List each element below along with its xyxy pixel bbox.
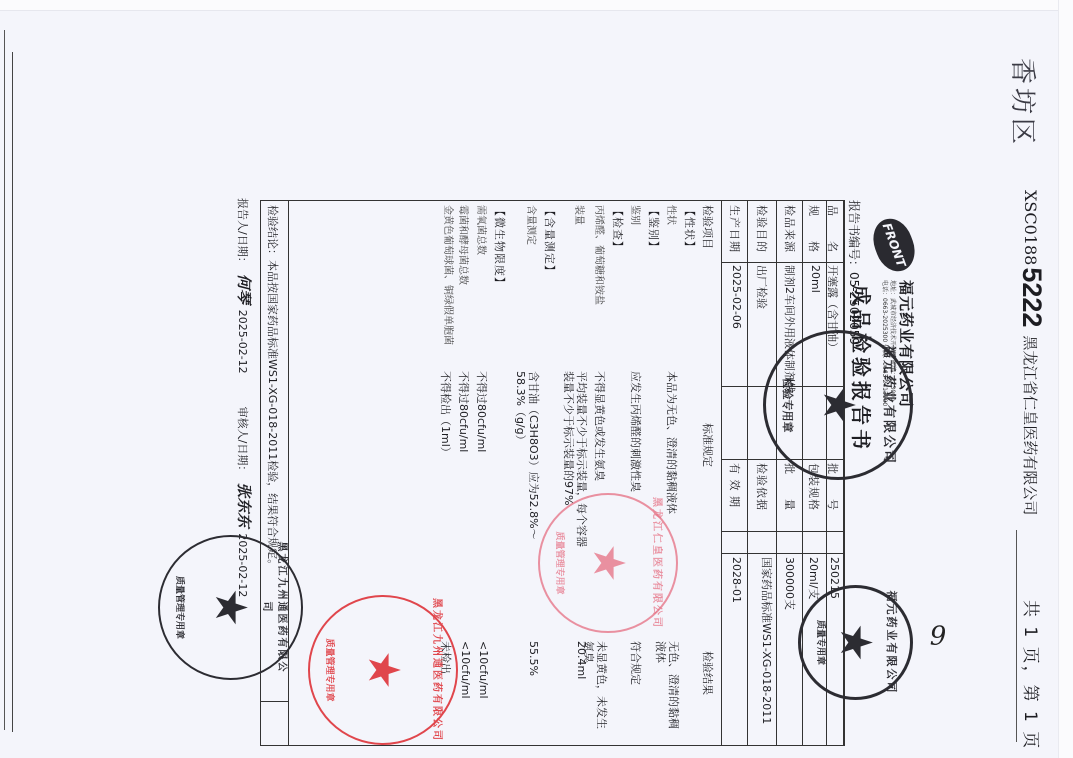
handwritten-note: 9 [930,621,947,651]
info-value: 20ml [809,265,822,293]
results-section-heading: 【鉴别】 [646,205,662,253]
result-value: 55.5% [527,641,540,676]
result-standard: 不得显黄色或发生氨臭 [592,371,608,481]
result-value: 无色、澄清的黏稠液体 [654,641,680,737]
info-value: 2025-02-06 [730,265,743,329]
results-section-heading: 【检查】 [610,205,626,253]
front-logo-icon: FRONT [867,213,921,277]
star-icon: ★ [586,543,630,582]
page-info: 共 1 页，第 1 页 [1020,600,1045,750]
reporter-signature: 何琴 [235,274,253,304]
results-header-item: 检验项目 [700,205,716,249]
results-header-standard: 标准规定 [700,423,716,467]
info-value: 2028-01 [730,557,743,603]
result-value: 符合规定 [628,641,644,685]
result-item: 金黄色葡萄球菌、铜绿假单胞菌 [441,205,454,355]
recipient-company: 黑龙江省仁皇医药有限公司 [1021,335,1039,515]
district-label: 香坊区 [1006,58,1043,148]
results-section-heading: 【性状】 [682,205,698,253]
inspection-report-page: 香坊区 XSC01885222黑龙江省仁皇医药有限公司 共 1 页，第 1 页 … [0,0,1073,758]
reporter-date: 2025-02-12 [236,310,249,374]
recipient-pink-stamp: 黑龙江仁皇医药有限公司 ★ 质量管理专用章 [538,493,678,633]
header-rule [1016,530,1017,742]
info-value: 300000支 [782,557,798,610]
result-standard: 本品为无色、澄清的黏稠液体 [664,371,680,514]
result-item: 鉴别 [629,205,644,225]
star-icon: ★ [834,623,878,662]
star-icon: ★ [361,650,405,689]
result-item: 霉菌和酵母菌总数 [457,205,472,285]
result-item: 需氧菌总数 [475,205,490,255]
info-label: 有 效 期 [727,463,743,508]
results-section-heading: 【含量测定】 [542,205,558,277]
star-icon: ★ [816,385,860,424]
info-label: 检品来源 [782,205,798,253]
result-value: <10cfu/ml [459,641,472,737]
serial-number: 5222 [1017,267,1047,327]
result-standard: 不得过80cfu/ml [456,371,472,452]
reviewer-label: 审核人/日期： [236,407,249,477]
result-item: 装量 [573,205,588,225]
info-label: 生产日期 [727,205,743,253]
info-label: 规 格 [806,205,822,253]
reviewer-signature: 张东东 [235,482,253,527]
result-item: 含量测定 [525,205,540,245]
results-header-result: 检验结果 [700,651,716,695]
jiuzhou-black-stamp: 黑龙江九州通医药有限公司 ★ 质量管理专用章 [158,535,303,680]
result-value: <10cfu/ml [477,641,490,737]
info-value: 国家药品标准WS1-XG-018-2011 [760,557,772,743]
document-serial-header: XSC01885222黑龙江省仁皇医药有限公司 [1016,190,1047,515]
reporter-label: 报告人/日期： [236,198,249,268]
star-icon: ★ [209,588,253,627]
serial-prefix: XSC0188 [1021,190,1040,265]
info-value: 出厂检验 [754,265,770,309]
result-item: 丙烯醛、葡萄糖和铵盐 [593,205,608,305]
result-standard: 应发生丙烯醛的刺激性臭 [628,371,644,492]
info-label: 品 名 [825,205,841,253]
result-item: 性状 [665,205,680,225]
issuer-quality-stamp: 福元药业有限公司 ★ 质量专用章 [798,585,913,700]
info-label: 检验依据 [754,463,770,511]
report-number-label: 报告书编号： [847,200,861,272]
report-number: 报告书编号：05-2502059 [846,200,863,345]
jiuzhou-red-stamp: 黑龙江九州通医药有限公司 ★ 质量管理专用章 [308,595,458,745]
inspection-conclusion: 检验结论：本品按国家药品标准WS1-XG-018-2011检验，结果符合规定。 [265,205,281,570]
result-standard: 不得检出（1ml） [438,371,454,458]
results-section-heading: 【微生物限度】 [492,205,508,289]
info-label: 检验目的 [754,205,770,253]
result-standard: 含甘油（C3H8O3）应为52.8%～58.3%（g/g） [514,371,540,547]
issuer-inspection-stamp: 福元药业有限公司 ★ 检验专用章 [763,330,913,480]
result-standard: 不得过80cfu/ml [474,371,490,452]
result-value: 20.4ml [575,641,588,679]
